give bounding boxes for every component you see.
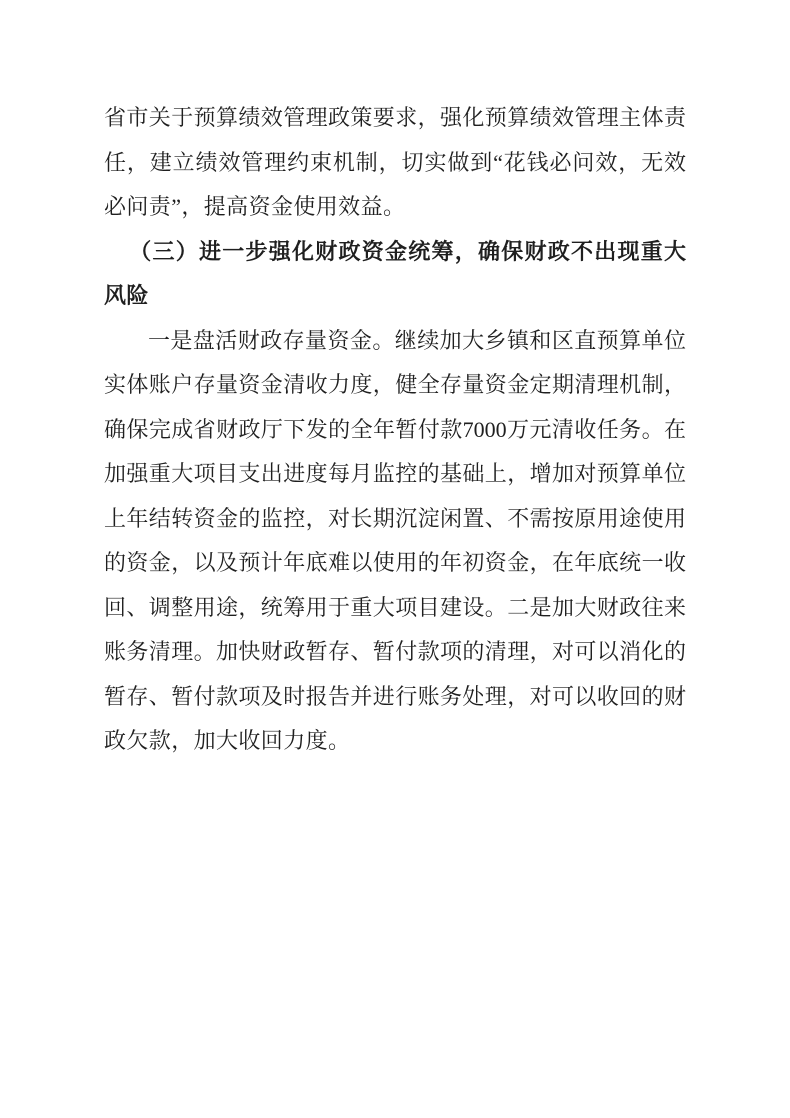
text-line: 上年结转资金的监控，对长期沉淀闲置、不需按原用途使用 (104, 497, 686, 542)
text-line: 加强重大项目支出进度每月监控的基础上，增加对预算单位 (104, 452, 686, 497)
text-line: 必问责”，提高资金使用效益。 (104, 185, 686, 230)
paragraph: 一是盘活财政存量资金。继续加大乡镇和区直预算单位实体账户存量资金清收力度，健全存… (104, 319, 686, 764)
paragraph-continuation: 省市关于预算绩效管理政策要求，强化预算绩效管理主体责任，建立绩效管理约束机制，切… (104, 96, 686, 230)
text-line: 账务清理。加快财政暂存、暂付款项的清理，对可以消化的 (104, 630, 686, 675)
text-line: 确保完成省财政厅下发的全年暂付款7000万元清收任务。在 (104, 408, 686, 453)
text-line: 回、调整用途，统筹用于重大项目建设。二是加大财政往来 (104, 586, 686, 631)
text-line: 暂存、暂付款项及时报告并进行账务处理，对可以收回的财 (104, 675, 686, 720)
document-content: 省市关于预算绩效管理政策要求，强化预算绩效管理主体责任，建立绩效管理约束机制，切… (104, 96, 686, 764)
text-line: 风险 (104, 274, 686, 319)
text-line: 政欠款，加大收回力度。 (104, 719, 686, 764)
text-line: （三）进一步强化财政资金统筹，确保财政不出现重大 (104, 230, 686, 275)
text-line: 任，建立绩效管理约束机制，切实做到“花钱必问效，无效 (104, 141, 686, 186)
document-page: 省市关于预算绩效管理政策要求，强化预算绩效管理主体责任，建立绩效管理约束机制，切… (0, 0, 790, 1118)
text-line: 一是盘活财政存量资金。继续加大乡镇和区直预算单位 (104, 319, 686, 364)
section-heading: （三）进一步强化财政资金统筹，确保财政不出现重大风险 (104, 230, 686, 319)
text-line: 省市关于预算绩效管理政策要求，强化预算绩效管理主体责 (104, 96, 686, 141)
text-line: 实体账户存量资金清收力度，健全存量资金定期清理机制， (104, 363, 686, 408)
text-line: 的资金，以及预计年底难以使用的年初资金，在年底统一收 (104, 541, 686, 586)
